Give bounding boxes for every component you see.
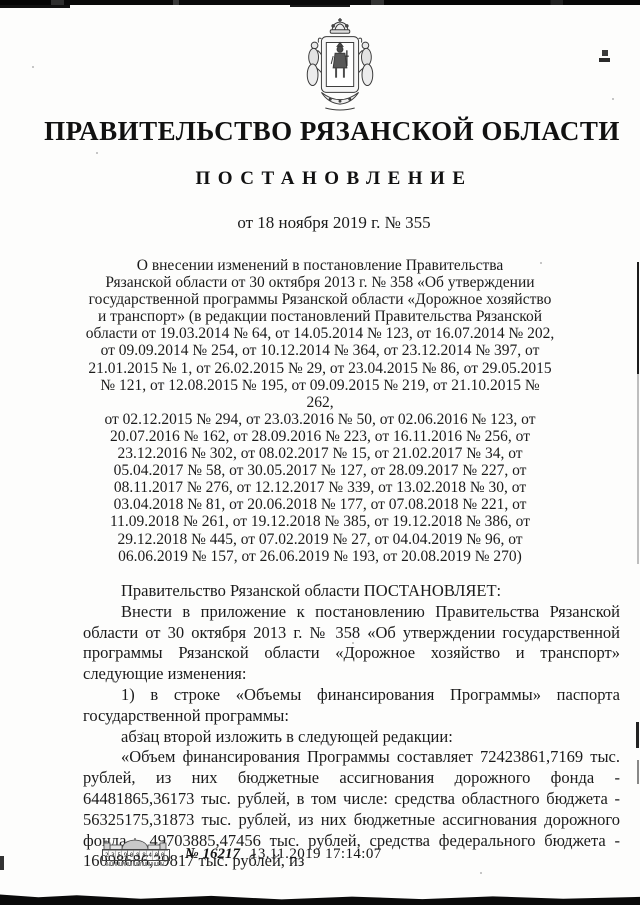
scan-artifact-right-edge: [637, 262, 639, 374]
title-line: 08.11.2017 № 276, от 12.12.2017 № 339, о…: [85, 479, 555, 496]
title-line: Рязанской области от 30 октября 2013 г. …: [85, 274, 555, 291]
title-line: 21.01.2015 № 1, от 26.02.2015 № 29, от 2…: [85, 360, 555, 377]
scan-artifact-right-edge: [636, 722, 639, 748]
title-line: от 09.09.2014 № 254, от 10.12.2014 № 364…: [85, 342, 555, 359]
registration-datetime: 13.11.2019 17:14:07: [250, 846, 382, 862]
title-line: 03.04.2018 № 81, от 20.06.2018 № 177, от…: [85, 496, 555, 513]
title-line: 23.12.2016 № 302, от 08.02.2017 № 15, от…: [85, 445, 555, 462]
title-line: 29.12.2018 № 445, от 07.02.2019 № 27, от…: [85, 531, 555, 548]
scan-artifact-left-edge: [0, 856, 4, 870]
scan-noise-dot: [96, 152, 98, 154]
decree-title-block: О внесении изменений в постановление Пра…: [85, 257, 555, 565]
title-line: области от 19.03.2014 № 64, от 14.05.201…: [85, 325, 555, 342]
body-paragraph: 1) в строке «Объемы финансирования Прогр…: [83, 685, 620, 727]
registration-line: № 1621713.11.2019 17:14:07: [185, 846, 382, 863]
scan-artifact-top-edge: [0, 5, 70, 8]
title-line: 11.09.2018 № 261, от 19.12.2018 № 385, о…: [85, 513, 555, 530]
org-name-heading: ПРАВИТЕЛЬСТВО РЯЗАНСКОЙ ОБЛАСТИ: [12, 116, 640, 147]
scanned-decree-page: ПРАВИТЕЛЬСТВО РЯЗАНСКОЙ ОБЛАСТИ ПОСТАНОВ…: [0, 0, 640, 905]
title-line: 06.06.2019 № 157, от 26.06.2019 № 193, о…: [85, 548, 555, 565]
ryazan-coat-of-arms-icon: [296, 16, 384, 117]
scan-artifact-right-edge: [637, 760, 639, 784]
scan-artifact-right-edge: [637, 374, 639, 564]
title-line: 05.04.2017 № 58, от 30.05.2017 № 127, от…: [85, 462, 555, 479]
scan-smudge: [599, 58, 610, 62]
body-paragraph: Внести в приложение к постановлению Прав…: [83, 602, 620, 685]
title-line: от 02.12.2015 № 294, от 23.03.2016 № 50,…: [85, 411, 555, 428]
scan-noise-dot: [480, 872, 482, 874]
decree-body: Правительство Рязанской области ПОСТАНОВ…: [83, 581, 620, 872]
title-line: О внесении изменений в постановление Пра…: [85, 257, 555, 274]
stamp-microtext: [106, 862, 164, 866]
scan-artifact-bottom-edge: [0, 891, 640, 905]
registry-building-stamp-icon: 2359088400: [100, 838, 170, 856]
registration-number: № 16217: [185, 846, 240, 862]
stamp-digits: 2359088400: [102, 849, 170, 861]
document-type-heading: ПОСТАНОВЛЕНИЕ: [14, 168, 640, 190]
scan-noise-dot: [612, 98, 614, 100]
body-paragraph: абзац второй изложить в следующей редакц…: [83, 727, 620, 748]
scan-noise-dot: [32, 66, 34, 68]
title-line: 20.07.2016 № 162, от 28.09.2016 № 223, о…: [85, 428, 555, 445]
scan-smudge: [602, 50, 608, 56]
title-line: и транспорт» (в редакции постановлений П…: [85, 308, 555, 325]
title-line: № 121, от 12.08.2015 № 195, от 09.09.201…: [85, 377, 555, 411]
title-line: государственной программы Рязанской обла…: [85, 291, 555, 308]
body-paragraph: Правительство Рязанской области ПОСТАНОВ…: [83, 581, 620, 602]
date-number-line: от 18 ноября 2019 г. № 355: [14, 213, 640, 233]
scan-artifact-top-edge: [290, 5, 350, 7]
